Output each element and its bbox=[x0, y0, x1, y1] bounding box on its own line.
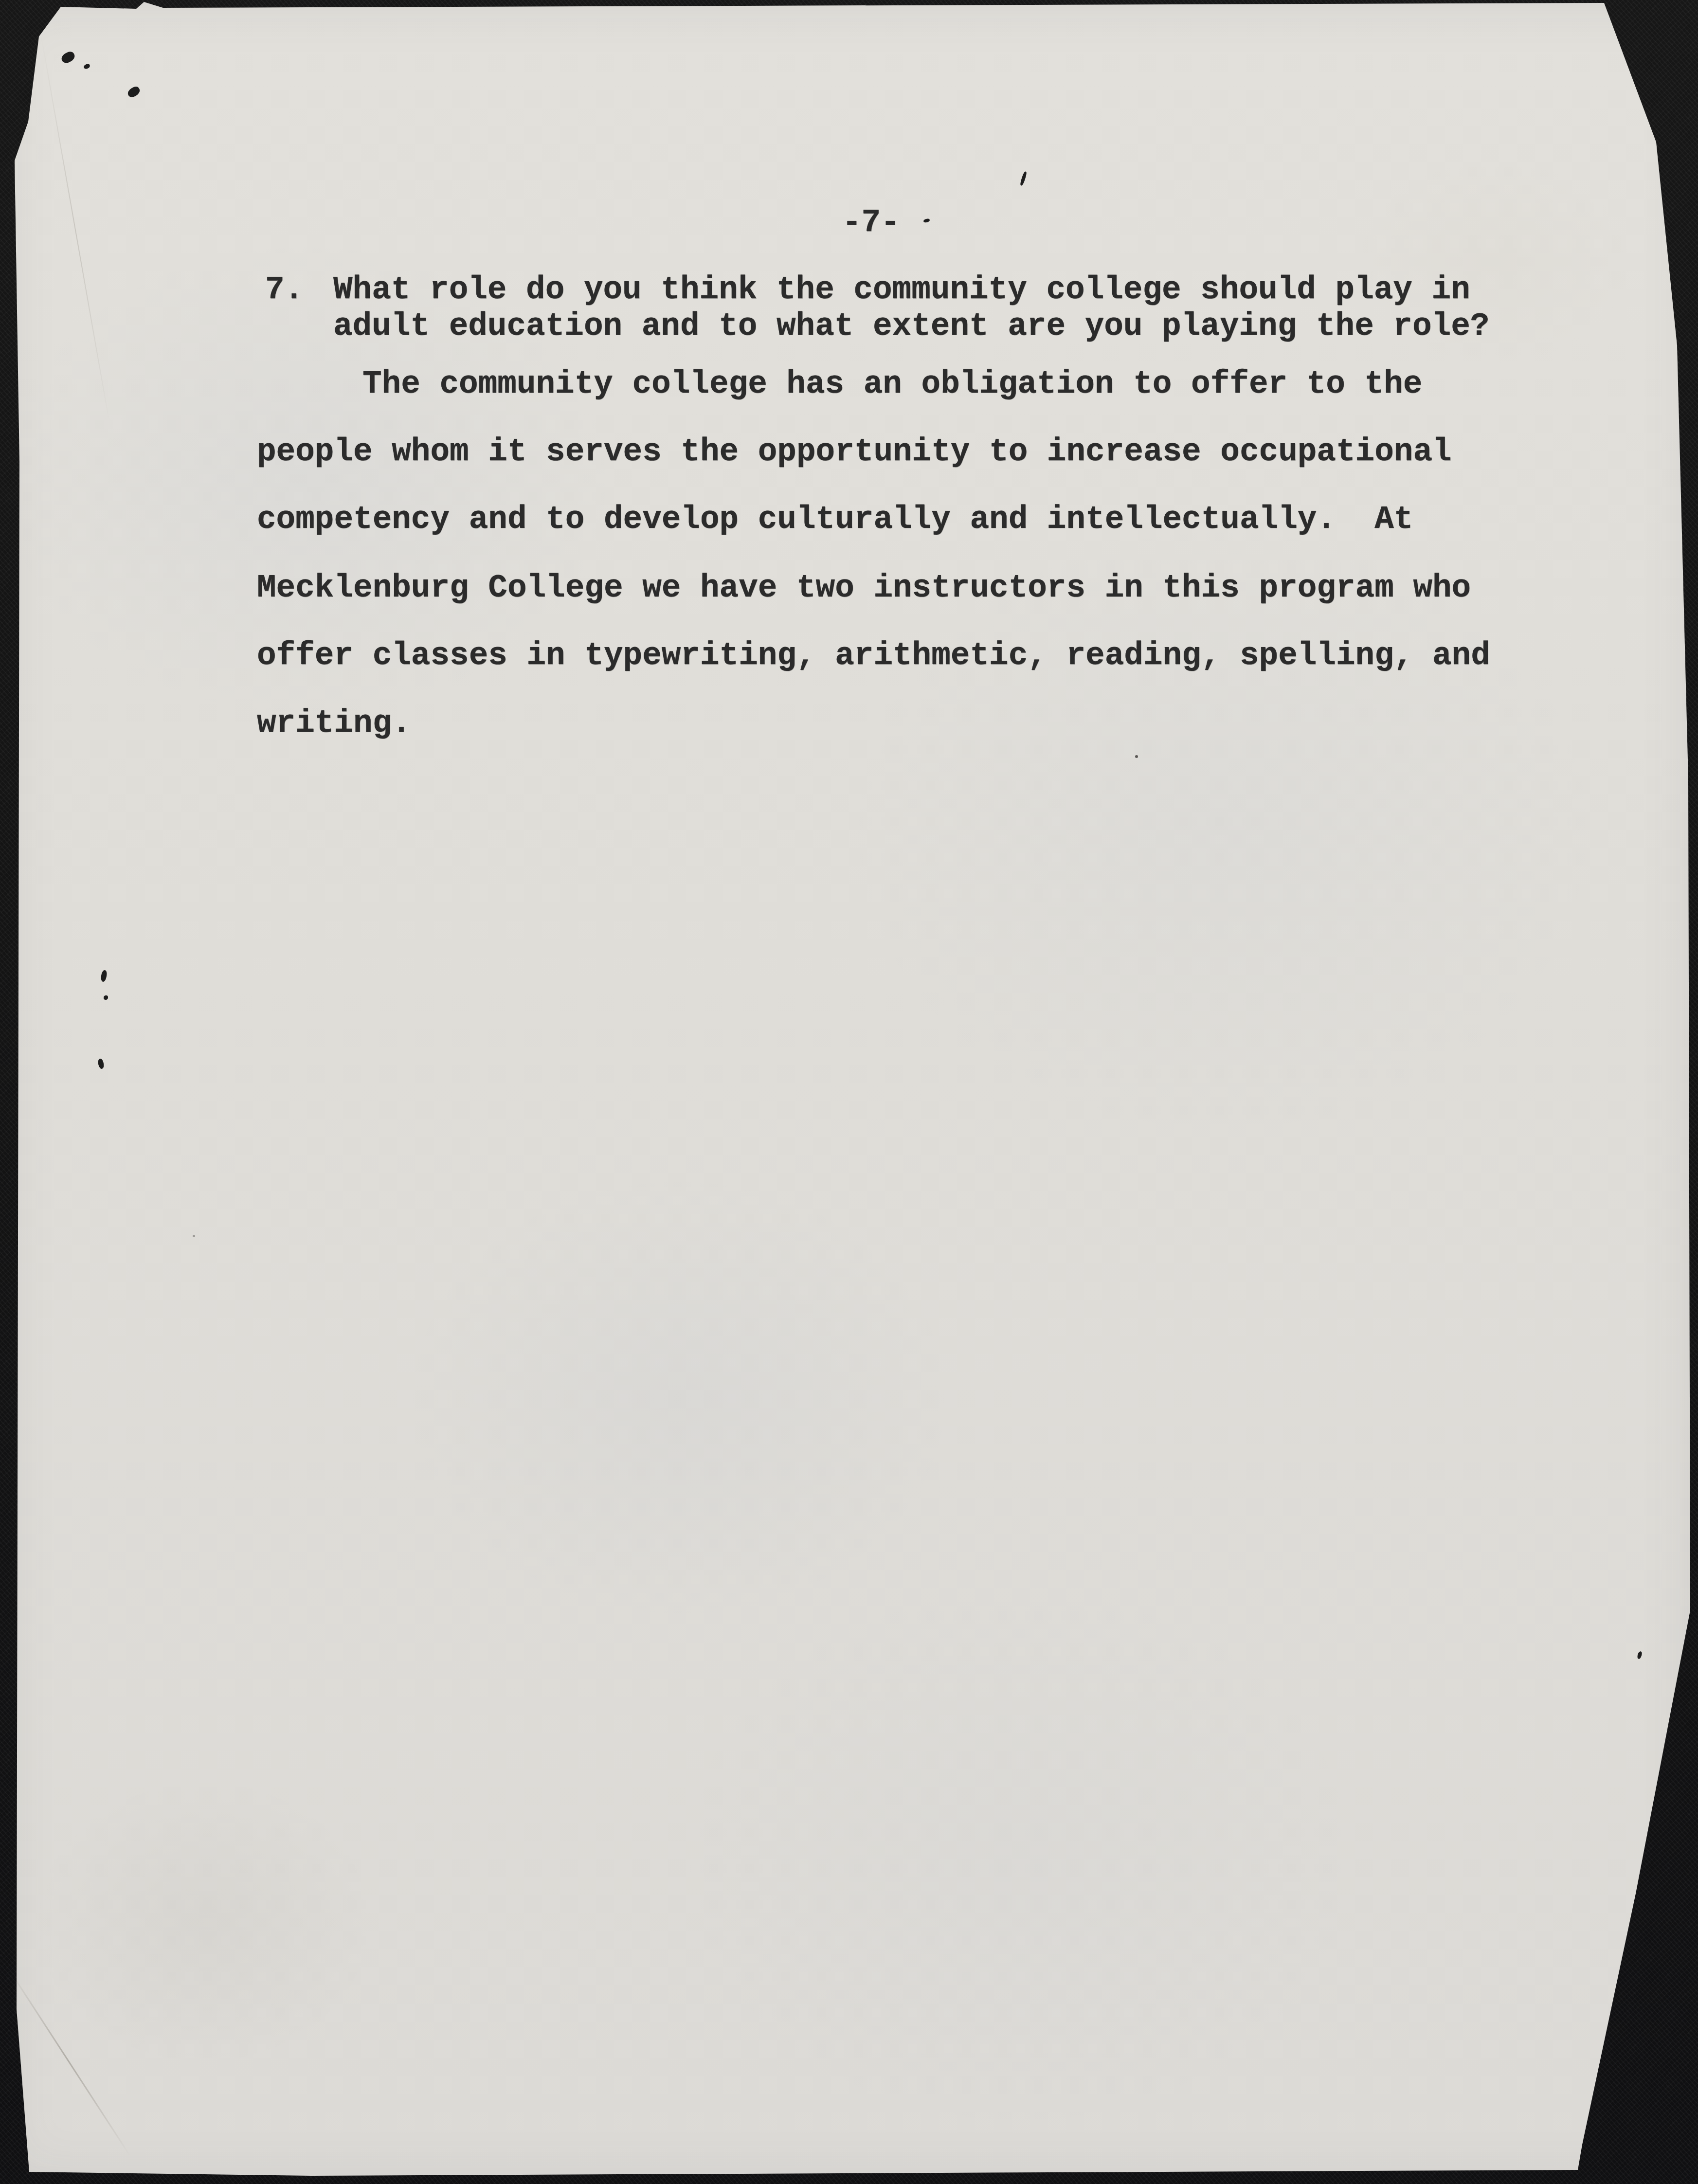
stray-ink-mark bbox=[1637, 1651, 1643, 1660]
punch-mark bbox=[104, 995, 108, 1000]
answer-text-line-6: writing. bbox=[257, 705, 411, 741]
question-number: 7. bbox=[265, 271, 304, 308]
answer-text-line-3: competency and to develop culturally and… bbox=[257, 501, 1413, 538]
torn-hole-mark bbox=[83, 63, 90, 70]
question-text-line-2: adult education and to what extent are y… bbox=[333, 308, 1489, 344]
answer-text-line-4: Mecklenburg College we have two instruct… bbox=[257, 570, 1471, 606]
paper-speck bbox=[193, 1235, 195, 1237]
crease-line bbox=[40, 34, 110, 427]
torn-hole-mark bbox=[126, 85, 142, 99]
answer-text-line-5: offer classes in typewriting, arithmetic… bbox=[257, 637, 1490, 674]
punch-mark bbox=[97, 1058, 105, 1069]
scanned-page-background: -7- 7. What role do you think the commun… bbox=[0, 0, 1698, 2184]
page-number: -7- bbox=[842, 204, 900, 241]
torn-hole-mark bbox=[60, 50, 76, 65]
punch-mark bbox=[100, 970, 107, 982]
answer-text-line-2: people whom it serves the opportunity to… bbox=[257, 433, 1452, 470]
paper-sheet: -7- 7. What role do you think the commun… bbox=[0, 0, 1698, 2184]
crease-line bbox=[6, 1966, 130, 2156]
stray-ink-mark bbox=[1020, 171, 1028, 186]
question-text-line-1: What role do you think the community col… bbox=[333, 271, 1470, 308]
answer-text-line-1: The community college has an obligation … bbox=[362, 366, 1422, 402]
stray-ink-mark bbox=[923, 218, 930, 223]
paper-speck bbox=[1135, 755, 1138, 758]
